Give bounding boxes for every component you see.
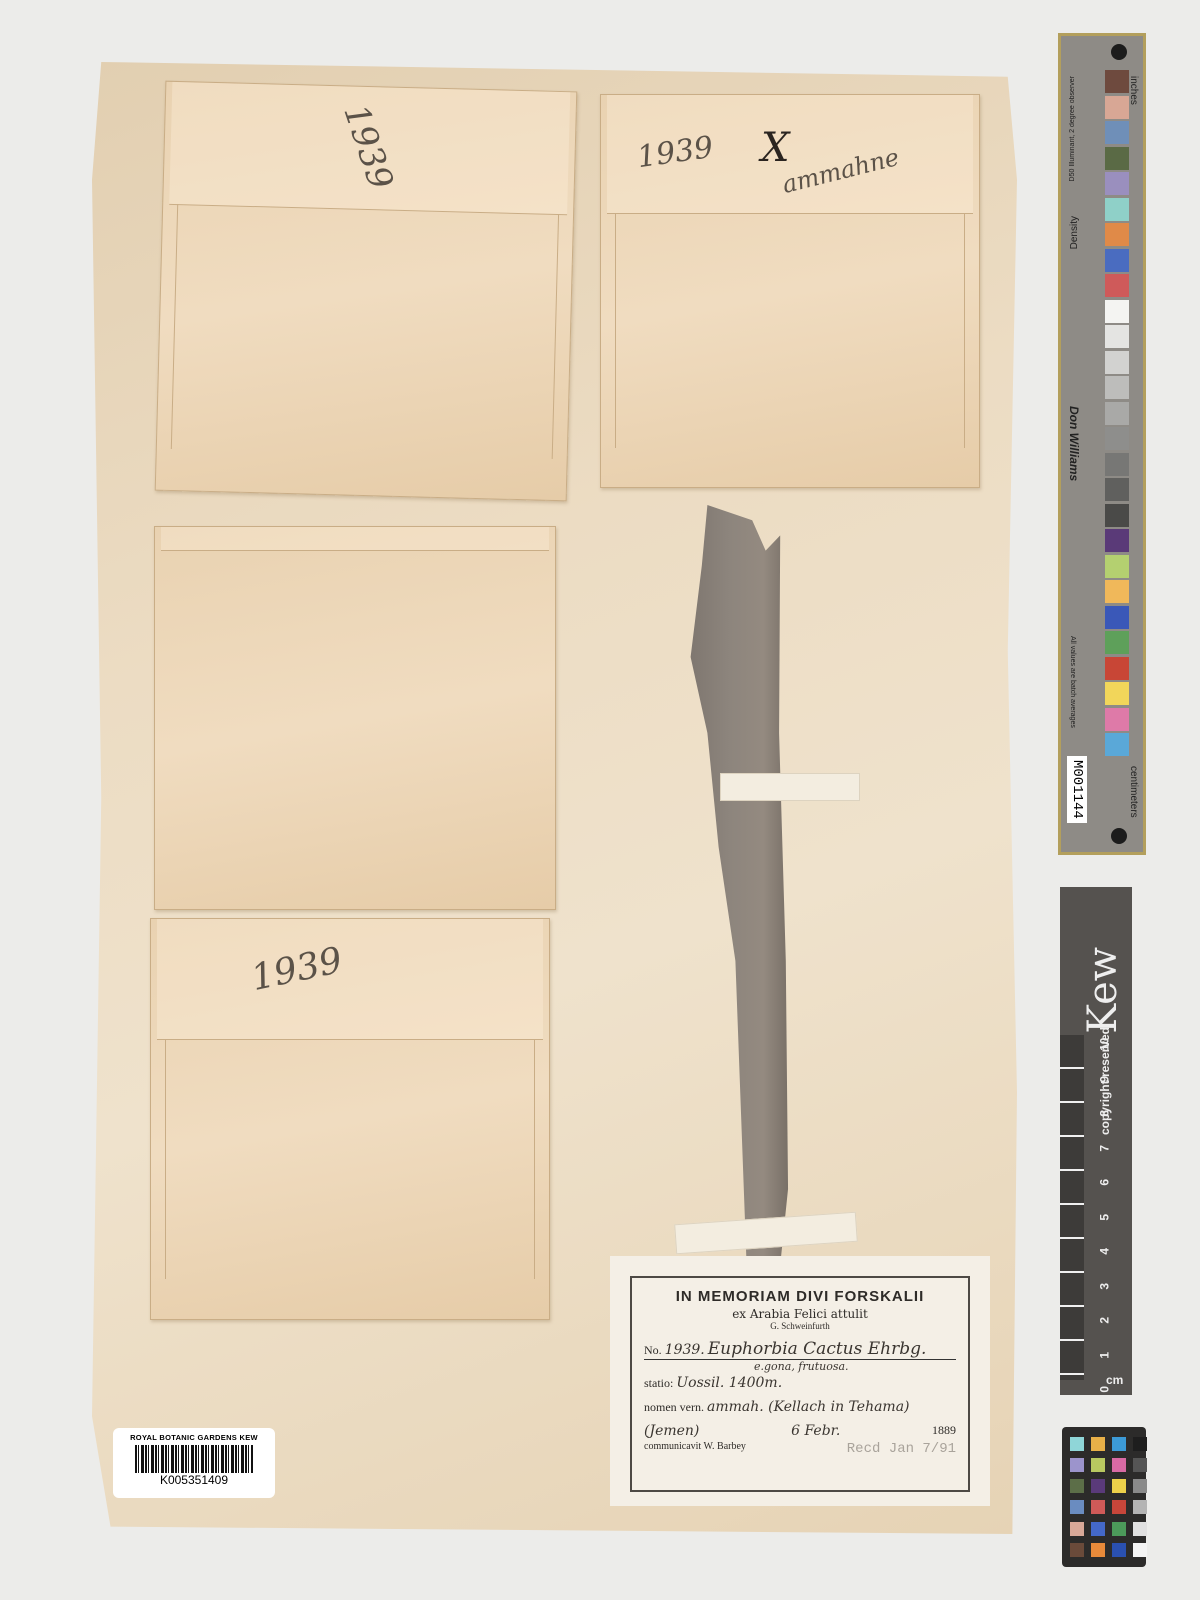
nomen-label: nomen vern. — [644, 1400, 704, 1414]
envelope-mark: X — [761, 125, 789, 171]
region: (Jemen) — [644, 1423, 699, 1439]
kew-logo: Kew — [1080, 947, 1126, 1034]
color-ruler: D50 Illuminant, 2 degree observer Densit… — [1058, 33, 1146, 855]
color-swatch — [1105, 478, 1129, 501]
envelope-middle-left — [154, 526, 556, 910]
scale-tick-label: 3 — [1097, 1279, 1132, 1292]
taxon-name: Euphorbia Cactus Ehrbg. — [708, 1339, 927, 1359]
barcode-label: ROYAL BOTANIC GARDENS KEW K005351409 — [113, 1428, 275, 1498]
scale-tick-label: 1 — [1097, 1348, 1132, 1361]
color-swatch — [1105, 70, 1129, 93]
color-swatch — [1105, 555, 1129, 578]
tape-strap — [720, 773, 860, 801]
checker-patch — [1112, 1458, 1126, 1472]
checker-patch — [1091, 1500, 1105, 1514]
color-swatch — [1105, 376, 1129, 399]
barcode-institution: ROYAL BOTANIC GARDENS KEW — [113, 1433, 275, 1442]
scale-tick-label: 6 — [1097, 1176, 1132, 1189]
color-swatch — [1105, 351, 1129, 374]
ruler-note: All values are batch averages — [1069, 636, 1076, 728]
color-swatch — [1105, 453, 1129, 476]
scale-unit: cm — [1106, 1373, 1123, 1387]
scale-tick-label: 7 — [1097, 1141, 1132, 1154]
kew-scale-bar: Kew copyright reserved 012345678910 cm — [1060, 887, 1132, 1395]
received-stamp: Recd Jan 7/91 — [847, 1441, 956, 1457]
checker-patch — [1091, 1522, 1105, 1536]
color-swatch — [1105, 682, 1129, 705]
ruler-hole-icon — [1111, 828, 1127, 844]
scale-tick-label: 2 — [1097, 1314, 1132, 1327]
checker-patch — [1133, 1479, 1147, 1493]
color-swatch — [1105, 657, 1129, 680]
scale-ticks: 012345678910 — [1108, 1027, 1121, 1407]
color-swatch — [1105, 733, 1129, 756]
label-subtitle: ex Arabia Felici attulit — [644, 1307, 956, 1321]
ruler-side-text: D50 Illuminant, 2 degree observer — [1069, 76, 1076, 181]
collection-year: 1889 — [932, 1423, 956, 1439]
envelope-top-left: 1939 — [155, 81, 578, 502]
checker-patch — [1091, 1543, 1105, 1557]
color-swatch — [1105, 121, 1129, 144]
communicated-by: communicavit W. Barbey — [644, 1441, 746, 1457]
color-checker — [1062, 1427, 1146, 1567]
color-swatch — [1105, 300, 1129, 323]
checker-patch — [1070, 1543, 1084, 1557]
number-prefix: No. — [644, 1343, 662, 1357]
checker-patch — [1070, 1522, 1084, 1536]
specimen-label: IN MEMORIAM DIVI FORSKALII ex Arabia Fel… — [610, 1256, 990, 1506]
ruler-bottom-label: centimeters — [1128, 766, 1139, 818]
color-swatch — [1105, 249, 1129, 272]
color-swatch — [1105, 631, 1129, 654]
checker-patch — [1112, 1437, 1126, 1451]
checker-patch — [1070, 1437, 1084, 1451]
scale-tick-label: 4 — [1097, 1245, 1132, 1258]
scale-tick-label: 8 — [1097, 1107, 1132, 1120]
scale-tick-label: 5 — [1097, 1210, 1132, 1223]
nomen-value: ammah. (Kellach in Tehama) — [707, 1399, 910, 1415]
checker-patch — [1133, 1437, 1147, 1451]
specimen-number: 1939. — [665, 1342, 705, 1358]
color-swatch — [1105, 427, 1129, 450]
color-swatch — [1105, 402, 1129, 425]
color-swatch — [1105, 606, 1129, 629]
scale-tick-label: 10 — [1097, 1038, 1132, 1051]
color-swatch — [1105, 223, 1129, 246]
checker-patch — [1091, 1437, 1105, 1451]
checker-patch — [1070, 1458, 1084, 1472]
envelope-bottom-left: 1939 — [150, 918, 550, 1320]
color-swatch — [1105, 325, 1129, 348]
statio-label: statio: — [644, 1376, 673, 1390]
checker-patch — [1070, 1479, 1084, 1493]
envelope-top-right: 1939 X ammahne — [600, 94, 980, 488]
cm-scale — [1060, 1035, 1084, 1380]
scale-tick-label: 9 — [1097, 1072, 1132, 1085]
barcode-icon — [135, 1445, 253, 1473]
checker-patch — [1112, 1543, 1126, 1557]
checker-patch — [1133, 1543, 1147, 1557]
color-swatch — [1105, 504, 1129, 527]
barcode-number: K005351409 — [113, 1473, 275, 1487]
ruler-brand: Don Williams — [1067, 406, 1081, 481]
color-swatch — [1105, 708, 1129, 731]
color-swatch — [1105, 172, 1129, 195]
ruler-code: M001144 — [1067, 756, 1087, 823]
checker-patch — [1091, 1479, 1105, 1493]
checker-patch — [1133, 1500, 1147, 1514]
checker-patch — [1112, 1522, 1126, 1536]
color-swatch — [1105, 96, 1129, 119]
ruler-top-label: inches — [1128, 76, 1139, 105]
color-swatch — [1105, 529, 1129, 552]
statio-value: Uossil. 1400m. — [676, 1375, 782, 1391]
checker-patch — [1112, 1479, 1126, 1493]
color-swatch — [1105, 147, 1129, 170]
checker-patch — [1133, 1458, 1147, 1472]
color-swatch — [1105, 198, 1129, 221]
color-swatch — [1105, 274, 1129, 297]
taxon-note: e.gona, frutuosa. — [754, 1360, 956, 1373]
color-swatch — [1105, 580, 1129, 603]
label-collector: G. Schweinfurth — [644, 1321, 956, 1331]
checker-patch — [1091, 1458, 1105, 1472]
label-title: IN MEMORIAM DIVI FORSKALII — [644, 1288, 956, 1305]
checker-patch — [1070, 1500, 1084, 1514]
collection-date: 6 Febr. — [791, 1423, 840, 1439]
ruler-density-label: Density — [1069, 216, 1080, 249]
checker-patch — [1133, 1522, 1147, 1536]
ruler-hole-icon — [1111, 44, 1127, 60]
checker-patch — [1112, 1500, 1126, 1514]
